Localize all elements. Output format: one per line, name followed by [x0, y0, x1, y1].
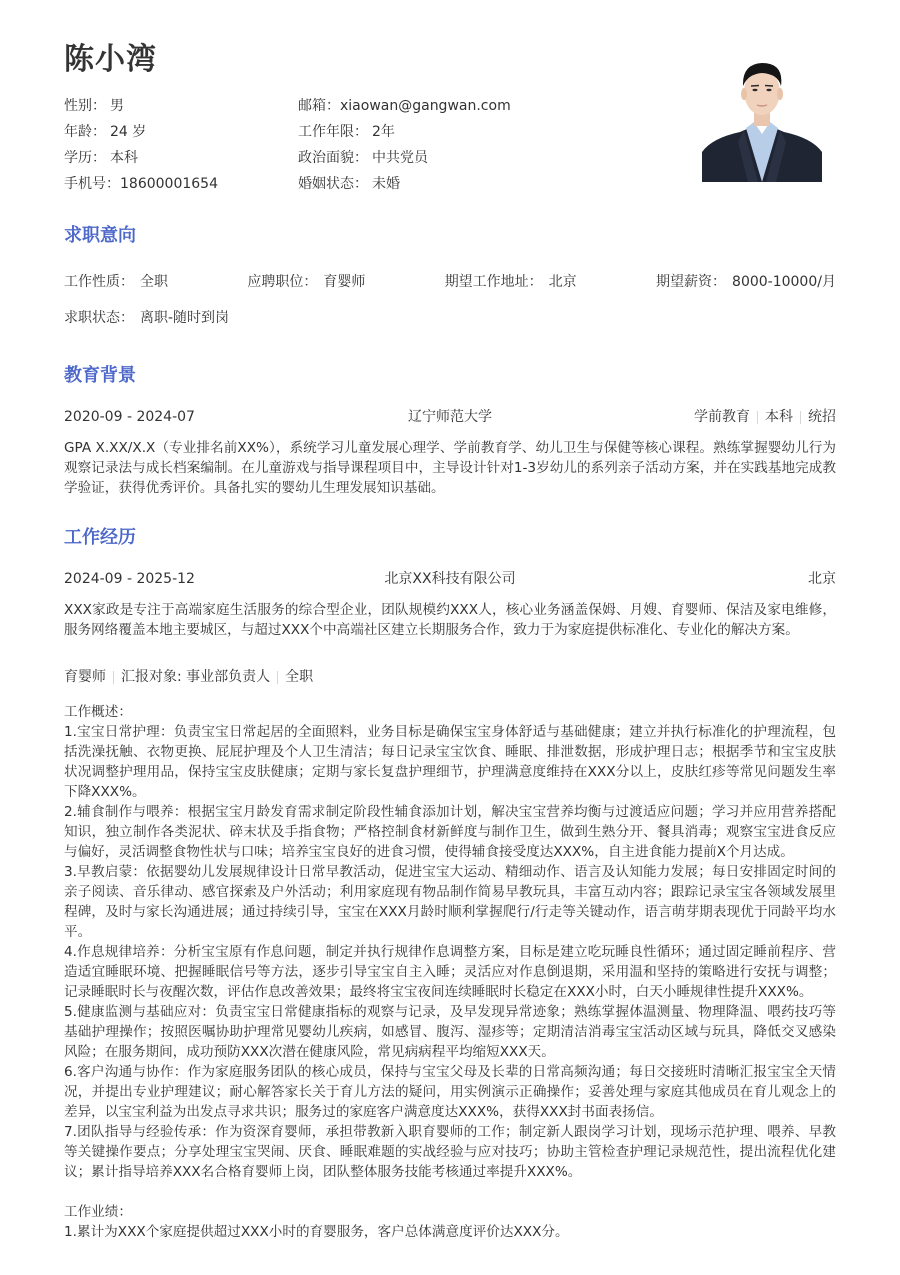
candidate-name: 陈小湾 [64, 40, 157, 80]
job-status-label: 求职状态： [64, 306, 134, 330]
location-label: 期望工作地址： [445, 270, 543, 294]
phone-value: 18600001654 [120, 171, 218, 197]
section-title-job-intention: 求职意向 [64, 223, 136, 249]
divider [757, 411, 758, 424]
overview-label: 工作概述： [64, 702, 836, 722]
divider [113, 671, 114, 684]
position-label: 应聘职位： [247, 270, 317, 294]
marital-status-label: 婚姻状态： [298, 171, 368, 197]
phone-field: 手机号： 18600001654 [64, 171, 298, 197]
job-type-label: 工作性质： [64, 270, 134, 294]
work-location: 北京 [808, 567, 836, 591]
gender-field: 性别： 男 [64, 93, 298, 119]
education-level-field: 学历： 本科 [64, 145, 298, 171]
salary-value: 8000-10000/月 [732, 270, 836, 294]
job-status-field: 求职状态： 离职-随时到岗 [64, 306, 229, 330]
divider [800, 411, 801, 424]
job-type-value: 全职 [140, 270, 168, 294]
basic-info-row: 手机号： 18600001654 婚姻状态： 未婚 [64, 171, 544, 197]
political-status-value: 中共党员 [372, 145, 428, 171]
salary-label: 期望薪资： [656, 270, 726, 294]
work-type: 全职 [285, 665, 313, 689]
marital-status-value: 未婚 [372, 171, 400, 197]
overview-item: 2.辅食制作与喂养：根据宝宝月龄发育需求制定阶段性辅食添加计划，解决宝宝营养均衡… [64, 802, 836, 862]
marital-status-field: 婚姻状态： 未婚 [298, 171, 400, 197]
profile-photo [702, 52, 822, 182]
phone-label: 手机号： [64, 171, 120, 197]
achievement-item: 1.累计为XXX个家庭提供超过XXX小时的育婴服务，客户总体满意度评价达XXX分… [64, 1222, 836, 1242]
education-major: 学前教育 [694, 405, 750, 429]
section-title-education: 教育背景 [64, 363, 136, 389]
political-status-label: 政治面貌： [298, 145, 368, 171]
location-value: 北京 [549, 270, 577, 294]
work-report-to: 汇报对象: 事业部负责人 [121, 665, 270, 689]
overview-item: 5.健康监测与基础应对：负责宝宝日常健康指标的观察与记录，及早发现异常迹象；熟练… [64, 1002, 836, 1062]
gender-value: 男 [110, 93, 124, 119]
education-degree: 本科 [765, 405, 793, 429]
company-name: 北京XX科技有限公司 [64, 567, 836, 591]
work-overview: 工作概述： 1.宝宝日常护理：负责宝宝日常起居的全面照料，业务目标是确保宝宝身体… [64, 702, 836, 1242]
position-field: 应聘职位： 育婴师 [247, 270, 365, 294]
work-years-value: 2年 [372, 119, 395, 145]
basic-info-row: 年龄： 24 岁 工作年限： 2年 [64, 119, 544, 145]
section-title-work-experience: 工作经历 [64, 525, 136, 551]
overview-item: 7.团队指导与经验传承：作为资深育婴师，承担带教新入职育婴师的工作；制定新人跟岗… [64, 1122, 836, 1182]
education-enrollment: 统招 [808, 405, 836, 429]
basic-info-row: 学历： 本科 政治面貌： 中共党员 [64, 145, 544, 171]
education-tags: 学前教育 本科 统招 [694, 405, 836, 429]
overview-item: 3.早教启蒙：依据婴幼儿发展规律设计日常早教活动，促进宝宝大运动、精细动作、语言… [64, 862, 836, 942]
political-status-field: 政治面貌： 中共党员 [298, 145, 428, 171]
age-label: 年龄： [64, 119, 106, 145]
education-description: GPA X.XX/X.X（专业排名前XX%），系统学习儿童发展心理学、学前教育学… [64, 438, 836, 498]
job-status-row: 求职状态： 离职-随时到岗 [64, 306, 836, 330]
work-years-field: 工作年限： 2年 [298, 119, 395, 145]
basic-info-row: 性别： 男 邮箱： xiaowan@gangwan.com [64, 93, 544, 119]
achievements-label: 工作业绩： [64, 1202, 836, 1222]
basic-info: 性别： 男 邮箱： xiaowan@gangwan.com 年龄： 24 岁 工… [64, 93, 544, 197]
email-value[interactable]: xiaowan@gangwan.com [340, 93, 511, 119]
work-meta: 育婴师 汇报对象: 事业部负责人 全职 [64, 665, 313, 689]
location-field: 期望工作地址： 北京 [445, 270, 577, 294]
spacer [64, 1182, 836, 1202]
portrait-icon [702, 52, 822, 182]
job-intention-row: 工作性质： 全职 应聘职位： 育婴师 期望工作地址： 北京 期望薪资： 8000… [64, 270, 836, 294]
job-status-value: 离职-随时到岗 [140, 306, 229, 330]
position-value: 育婴师 [323, 270, 365, 294]
education-level-label: 学历： [64, 145, 106, 171]
divider [277, 671, 278, 684]
age-field: 年龄： 24 岁 [64, 119, 298, 145]
email-label: 邮箱： [298, 93, 340, 119]
work-entry-header: 2024-09 - 2025-12 北京XX科技有限公司 北京 [64, 567, 836, 591]
work-years-label: 工作年限： [298, 119, 368, 145]
gender-label: 性别： [64, 93, 106, 119]
education-entry-header: 2020-09 - 2024-07 辽宁师范大学 学前教育 本科 统招 [64, 405, 836, 429]
work-role: 育婴师 [64, 665, 106, 689]
company-intro: XXX家政是专注于高端家庭生活服务的综合型企业，团队规模约XXX人，核心业务涵盖… [64, 600, 836, 640]
overview-item: 1.宝宝日常护理：负责宝宝日常起居的全面照料，业务目标是确保宝宝身体舒适与基础健… [64, 722, 836, 802]
email-field: 邮箱： xiaowan@gangwan.com [298, 93, 511, 119]
job-type-field: 工作性质： 全职 [64, 270, 168, 294]
salary-field: 期望薪资： 8000-10000/月 [656, 270, 836, 294]
overview-item: 4.作息规律培养：分析宝宝原有作息问题，制定并执行规律作息调整方案，目标是建立吃… [64, 942, 836, 1002]
age-value: 24 岁 [110, 119, 146, 145]
education-level-value: 本科 [110, 145, 138, 171]
overview-item: 6.客户沟通与协作：作为家庭服务团队的核心成员，保持与宝宝父母及长辈的日常高频沟… [64, 1062, 836, 1122]
